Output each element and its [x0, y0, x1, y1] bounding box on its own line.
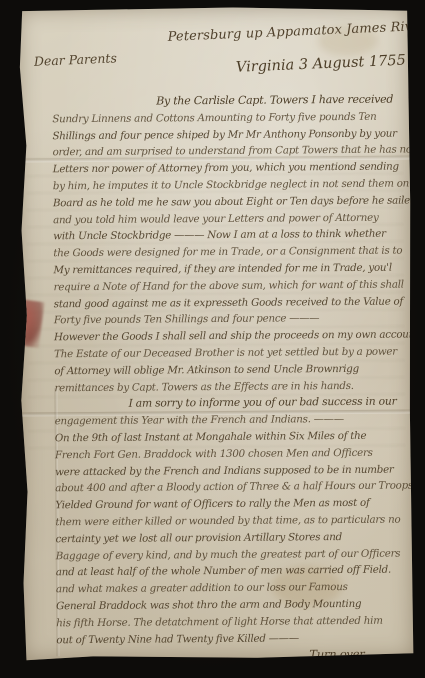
- letter-photograph: Petersburg up Appamatox James River Dear…: [0, 0, 425, 678]
- letter-place-line: Petersburg up Appamatox James River: [167, 19, 425, 45]
- letter-salutation: Dear Parents: [34, 50, 118, 69]
- letter-body: By the Carlisle Capt. Towers I have rece…: [52, 92, 406, 666]
- letter-line: Turn over: [56, 646, 406, 666]
- letter-content: Petersburg up Appamatox James River Dear…: [17, 5, 414, 661]
- letter-page: Petersburg up Appamatox James River Dear…: [17, 5, 414, 661]
- letter-date-line: Virginia 3 August 1755: [236, 53, 407, 76]
